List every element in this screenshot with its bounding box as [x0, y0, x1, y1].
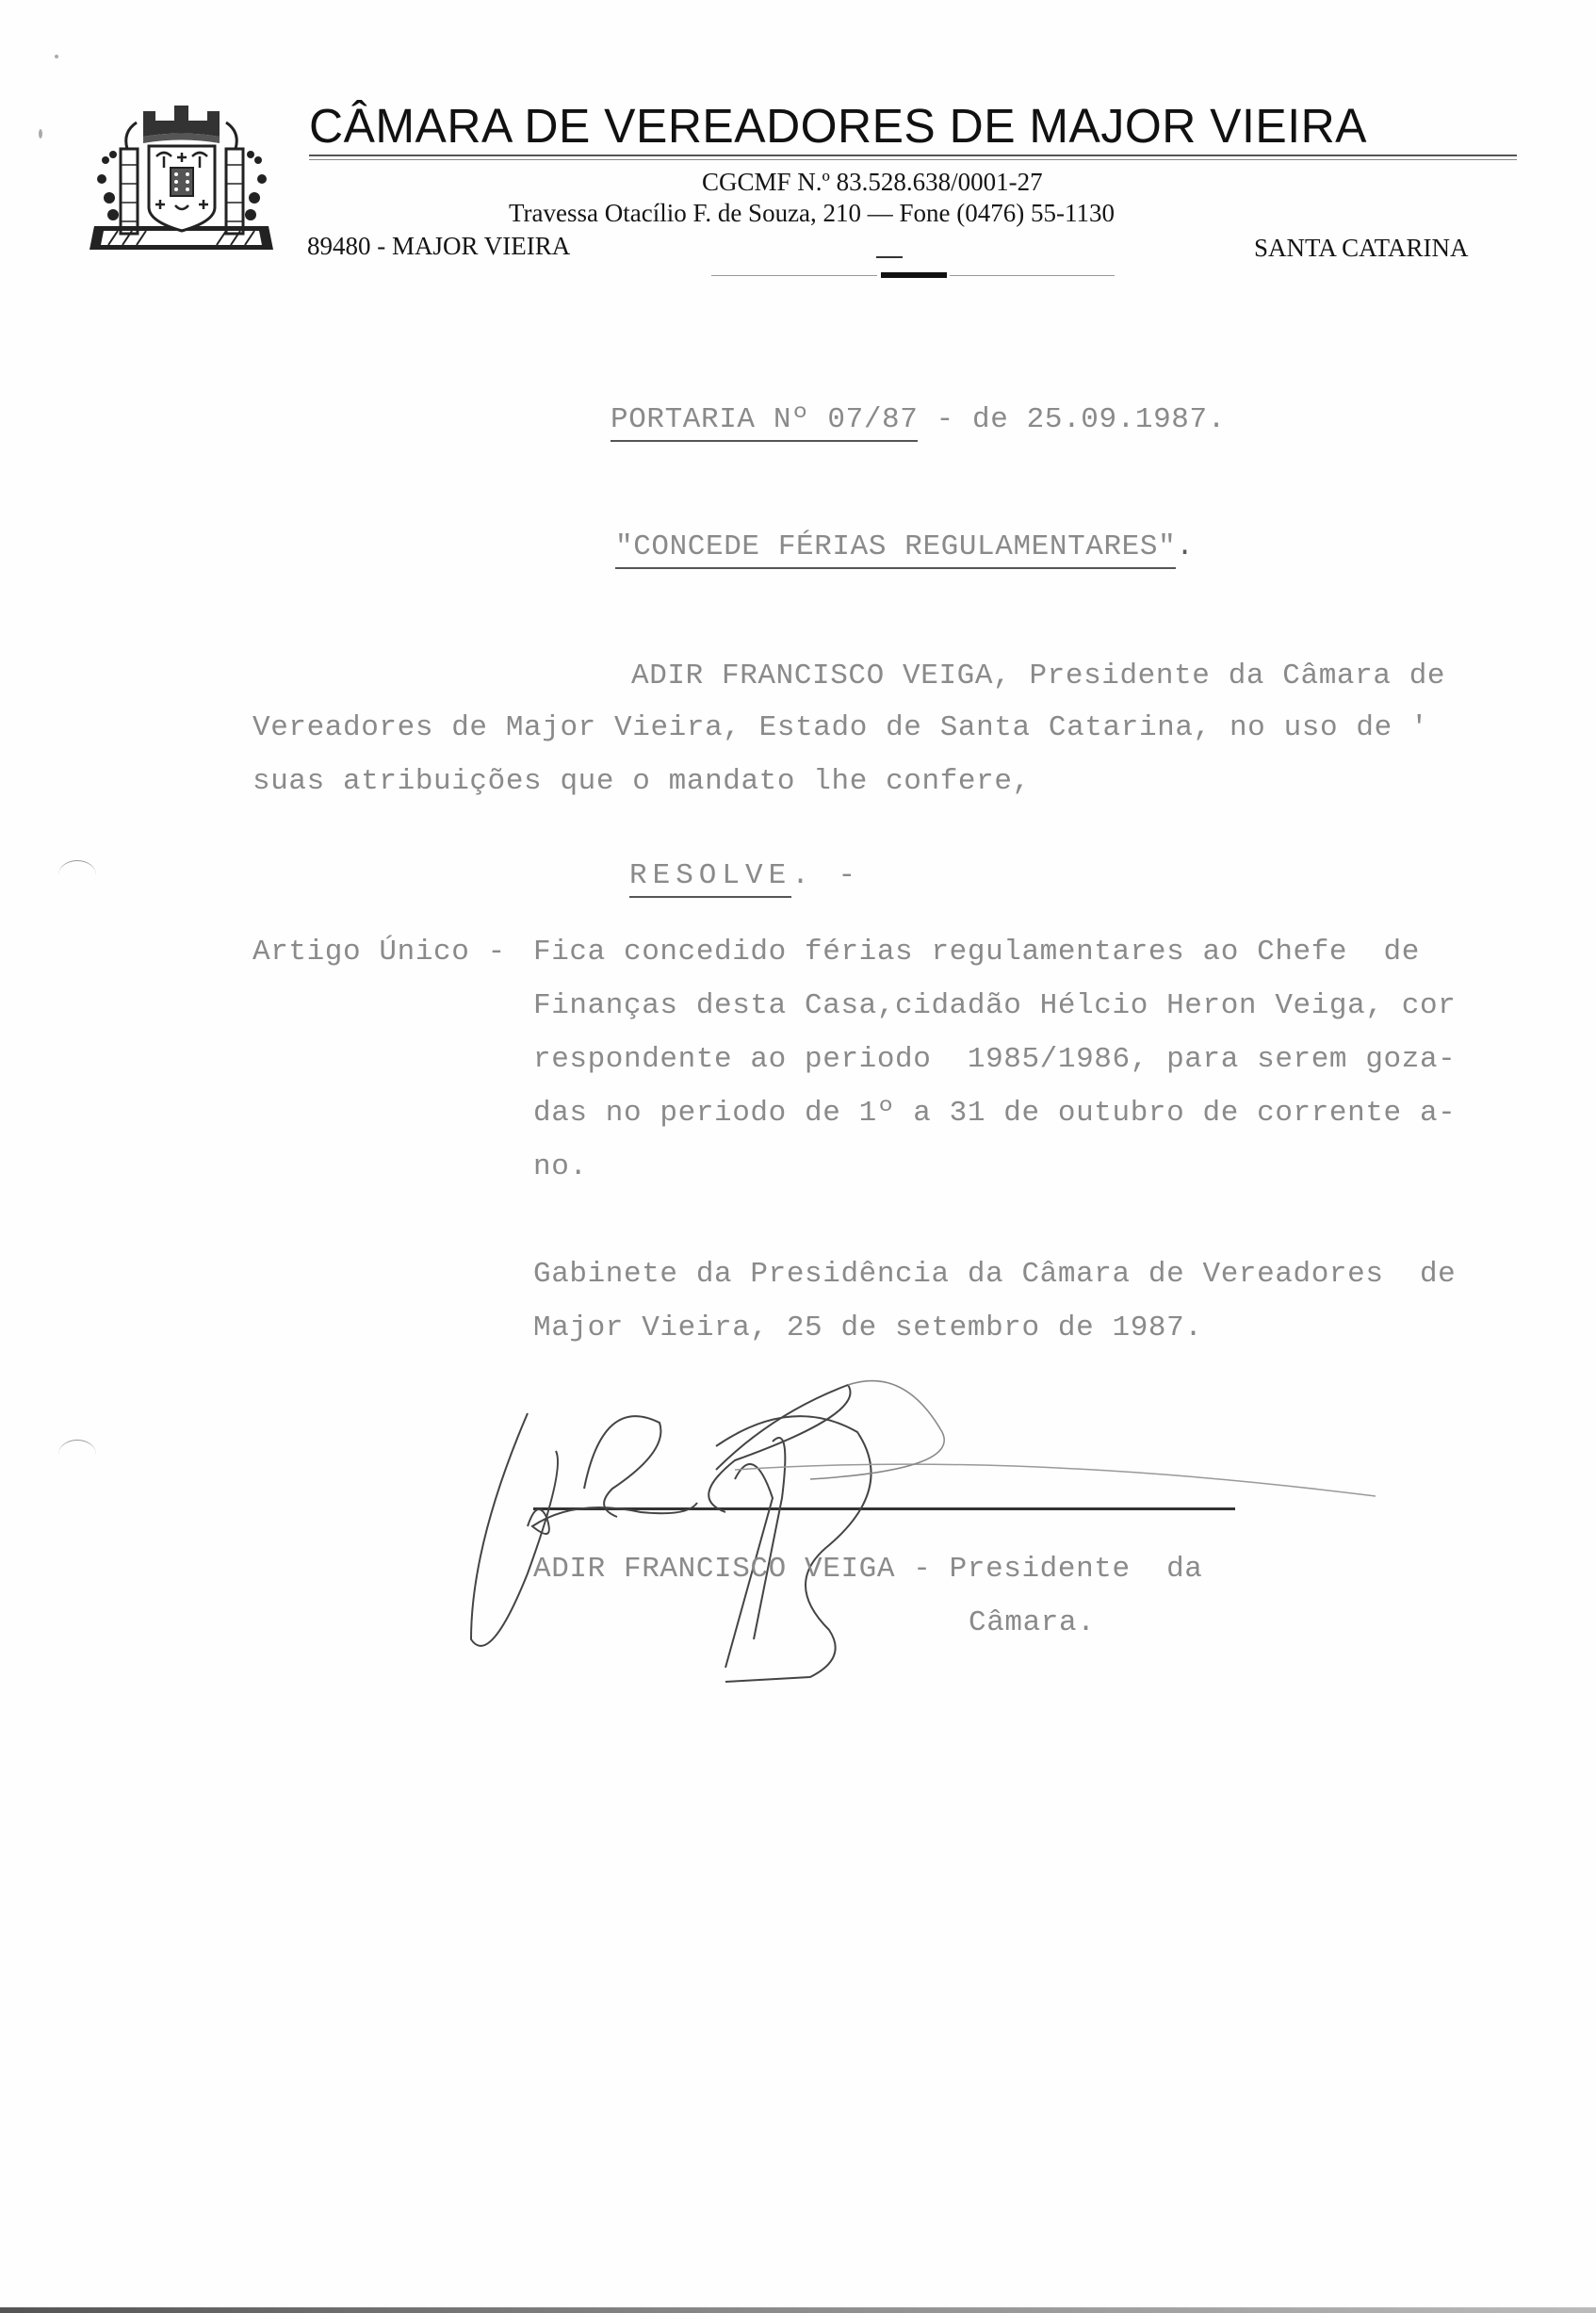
separator-left: [711, 275, 877, 276]
signatory-role: Câmara.: [969, 1606, 1095, 1639]
subtitle-text: "CONCEDE FÉRIAS REGULAMENTARES": [615, 530, 1176, 569]
letterhead-title: CÂMARA DE VEREADORES DE MAJOR VIEIRA: [309, 98, 1500, 154]
scan-speck: [55, 55, 58, 58]
article-line-3: respondente ao periodo 1985/1986, para s…: [533, 1043, 1456, 1076]
intro-line-1: ADIR FRANCISCO VEIGA, Presidente da Câma…: [631, 660, 1445, 692]
article-line-1: Fica concedido férias regulamentares ao …: [533, 936, 1420, 969]
article-line-2: Finanças desta Casa,cidadão Hélcio Heron…: [533, 989, 1456, 1022]
letterhead-city: 89480 - MAJOR VIEIRA: [307, 232, 570, 261]
punch-hole: [58, 860, 96, 889]
letterhead-rule-bottom: [309, 159, 1517, 160]
resolve-heading: RESOLVE. -: [629, 859, 861, 892]
document-page: CÂMARA DE VEREADORES DE MAJOR VIEIRA CGC…: [0, 0, 1596, 2313]
intro-line-3: suas atribuições que o mandato lhe confe…: [252, 765, 1031, 798]
article-label: Artigo Único -: [252, 936, 524, 969]
letterhead-dash: [876, 256, 903, 258]
portaria-date: - de 25.09.1987.: [918, 403, 1225, 436]
article-line-5: no.: [533, 1150, 588, 1183]
letterhead-cgcmf: CGCMF N.º 83.528.638/0001-27: [702, 168, 1043, 197]
handwritten-signature-icon: [452, 1357, 1376, 1686]
page-bottom-edge: [0, 2307, 1596, 2313]
portaria-number: PORTARIA Nº 07/87: [611, 403, 918, 442]
closing-line-2: Major Vieira, 25 de setembro de 1987.: [533, 1311, 1203, 1344]
signatory-name: ADIR FRANCISCO VEIGA - Presidente da: [533, 1553, 1203, 1586]
closing-line-1: Gabinete da Presidência da Câmara de Ver…: [533, 1258, 1456, 1291]
punch-hole: [58, 1440, 96, 1469]
letterhead-address: Travessa Otacílio F. de Souza, 210 — Fon…: [509, 199, 1115, 228]
article-line-4: das no periodo de 1º a 31 de outubro de …: [533, 1097, 1456, 1130]
separator-center: [881, 272, 947, 278]
document-title: PORTARIA Nº 07/87 - de 25.09.1987.: [611, 403, 1226, 436]
letterhead-state: SANTA CATARINA: [1254, 234, 1468, 263]
document-subtitle: "CONCEDE FÉRIAS REGULAMENTARES".: [615, 530, 1195, 563]
scan-speck: [39, 129, 42, 138]
separator-right: [950, 275, 1115, 276]
letterhead-rule-top: [309, 155, 1517, 156]
intro-line-2: Vereadores de Major Vieira, Estado de Sa…: [252, 711, 1428, 744]
resolve-text: RESOLVE: [629, 859, 791, 898]
coat-of-arms-icon: [85, 94, 278, 269]
